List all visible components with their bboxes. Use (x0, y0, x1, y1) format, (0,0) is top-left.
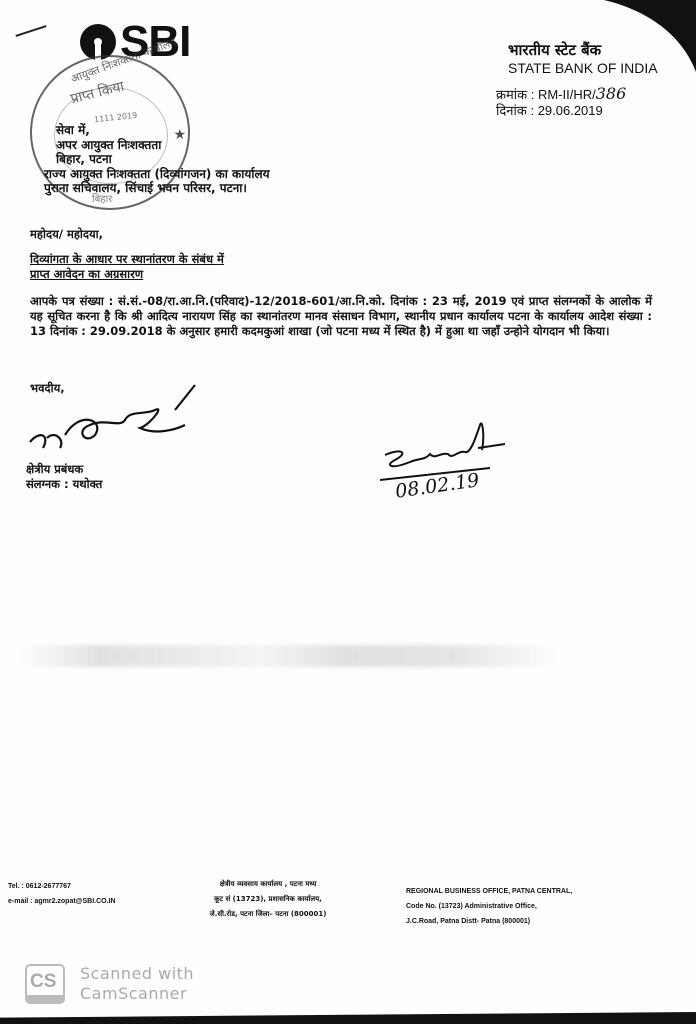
footer-address-hindi: क्षेत्रीय व्यवसाय कार्यालय , पटना मध्य क… (193, 877, 343, 922)
footer-address-english: REGIONAL BUSINESS OFFICE, PATNA CENTRAL,… (406, 884, 572, 929)
reference-block: क्रमांक : RM-II/HR/386 दिनांक : 29.06.20… (496, 86, 626, 119)
bank-name-hindi: भारतीय स्टेट बैंक (508, 40, 601, 60)
footer-tel: Tel. : 0612-2677767 (8, 879, 116, 894)
handwritten-ref: 386 (596, 84, 627, 103)
footer-contact: Tel. : 0612-2677767 e-mail : agmr2.zopat… (8, 879, 116, 909)
scan-smudge (20, 645, 560, 667)
bank-name-english: STATE BANK OF INDIA (508, 60, 658, 76)
letter-body: आपके पत्र संख्या : सं.सं.-08/रा.आ.नि.(पर… (30, 294, 652, 339)
subject: दिव्यांगता के आधार पर स्थानांतरण के संबं… (30, 252, 224, 281)
reference-number: क्रमांक : RM-II/HR/386 (496, 86, 626, 103)
salutation: महोदय/ महोदया, (30, 227, 103, 242)
designation: क्षेत्रीय प्रबंधक (26, 462, 102, 477)
camscanner-logo-icon: CS (25, 964, 65, 1004)
manager-signature (25, 380, 205, 460)
recipient-address: सेवा में, अपर आयुक्त निःशक्तता बिहार, पट… (56, 123, 270, 196)
pen-mark (15, 25, 46, 37)
scan-bottom-edge (0, 1012, 696, 1024)
signatory-block: क्षेत्रीय प्रबंधक संलग्नक : यथोक्त (26, 462, 102, 492)
camscanner-watermark: Scanned with CamScanner (80, 964, 194, 1004)
enclosure: संलग्नक : यथोक्त (26, 477, 102, 492)
letter-date: दिनांक : 29.06.2019 (496, 103, 626, 119)
footer-email: e-mail : agmr2.zopat@SBI.CO.IN (8, 894, 116, 909)
